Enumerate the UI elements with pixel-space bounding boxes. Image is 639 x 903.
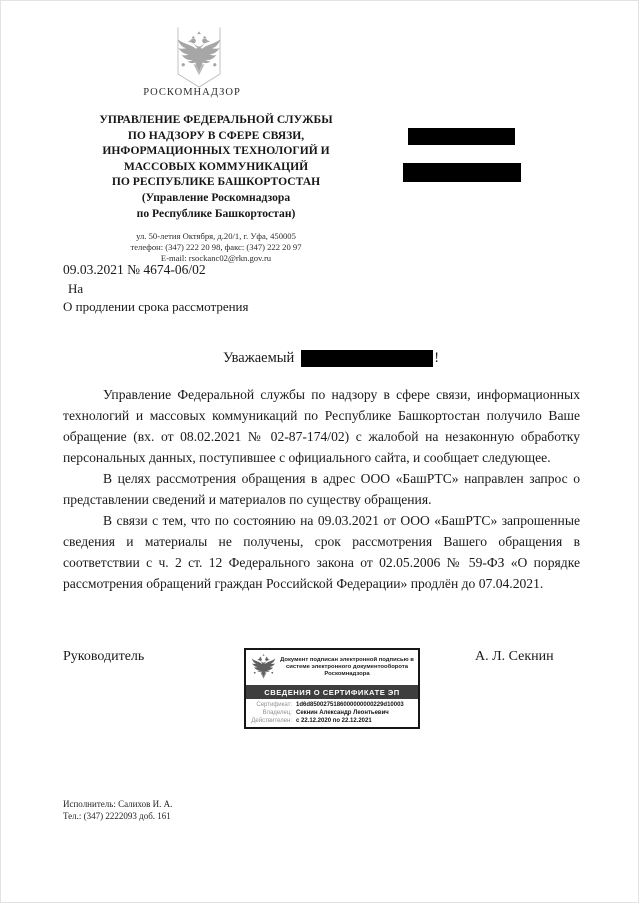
stamp-eagle-emblem [246, 653, 280, 683]
org-line: ИНФОРМАЦИОННЫХ ТЕХНОЛОГИЙ И [58, 143, 374, 159]
stamp-row-validity: Действителен: с 22.12.2020 по 22.12.2021 [246, 717, 415, 725]
validity-value: с 22.12.2020 по 22.12.2021 [296, 717, 372, 725]
executor-block: Исполнитель: Салихов И. А. Тел.: (347) 2… [63, 798, 172, 822]
outgoing-date-number: 09.03.2021 № 4674-06/02 [63, 262, 206, 278]
e-signature-stamp: Документ подписан электронной подписью в… [244, 648, 420, 729]
stamp-certificate-details: Сертификат: 1d6d8500275186000000000229d1… [246, 699, 418, 726]
signer-name: А. Л. Секнин [475, 649, 554, 665]
org-name-block: УПРАВЛЕНИЕ ФЕДЕРАЛЬНОЙ СЛУЖБЫ ПО НАДЗОРУ… [58, 112, 374, 221]
double-eagle-icon [250, 653, 277, 683]
certificate-value: 1d6d8500275186000000000229d10003 [296, 701, 404, 709]
letter-page: РОСКОМНАДЗОР УПРАВЛЕНИЕ ФЕДЕРАЛЬНОЙ СЛУЖ… [0, 0, 639, 903]
validity-label: Действителен: [246, 717, 296, 725]
letter-body: Управление Федеральной службы по надзору… [63, 384, 580, 594]
stamp-header-text: Документ подписан электронной подписью в… [280, 657, 418, 678]
salutation: Уважаемый ! [223, 350, 439, 367]
signer-position: Руководитель [63, 649, 144, 665]
stamp-certificate-band: СВЕДЕНИЯ О СЕРТИФИКАТЕ ЭП [246, 685, 418, 699]
coat-of-arms-emblem [171, 27, 227, 93]
redacted-recipient-name [301, 350, 433, 367]
certificate-label: Сертификат: [246, 701, 296, 709]
reply-to-label: На [68, 281, 83, 297]
address-line: ул. 50-летия Октября, д.20/1, г. Уфа, 45… [58, 231, 374, 242]
org-line: по Республике Башкортостан) [58, 206, 374, 222]
executor-name: Исполнитель: Салихов И. А. [63, 798, 172, 810]
stamp-header-row: Документ подписан электронной подписью в… [246, 650, 418, 685]
paragraph-3: В связи с тем, что по состоянию на 09.03… [63, 510, 580, 594]
double-eagle-icon [171, 27, 227, 93]
paragraph-2: В целях рассмотрения обращения в адрес О… [63, 468, 580, 510]
agency-name: РОСКОМНАДЗОР [107, 87, 277, 98]
paragraph-1: Управление Федеральной службы по надзору… [63, 384, 580, 468]
salutation-prefix: Уважаемый [223, 350, 294, 367]
org-line: ПО РЕСПУБЛИКЕ БАШКОРТОСТАН [58, 174, 374, 190]
org-line: (Управление Роскомнадзора [58, 190, 374, 206]
salutation-suffix: ! [434, 350, 439, 367]
stamp-row-owner: Владелец: Секнин Александр Леонтьевич [246, 709, 415, 717]
subject-line: О продлении срока рассмотрения [63, 299, 249, 315]
address-line: телефон: (347) 222 20 98, факс: (347) 22… [58, 242, 374, 253]
org-line: УПРАВЛЕНИЕ ФЕДЕРАЛЬНОЙ СЛУЖБЫ [58, 112, 374, 128]
stamp-row-certificate: Сертификат: 1d6d8500275186000000000229d1… [246, 701, 415, 709]
owner-label: Владелец: [246, 709, 296, 717]
executor-phone: Тел.: (347) 2222093 доб. 161 [63, 810, 172, 822]
org-line: ПО НАДЗОРУ В СФЕРЕ СВЯЗИ, [58, 128, 374, 144]
owner-value: Секнин Александр Леонтьевич [296, 709, 389, 717]
redacted-recipient-line-2 [403, 163, 521, 182]
org-address-block: ул. 50-летия Октября, д.20/1, г. Уфа, 45… [58, 231, 374, 263]
redacted-recipient-line-1 [408, 128, 515, 145]
org-line: МАССОВЫХ КОММУНИКАЦИЙ [58, 159, 374, 175]
